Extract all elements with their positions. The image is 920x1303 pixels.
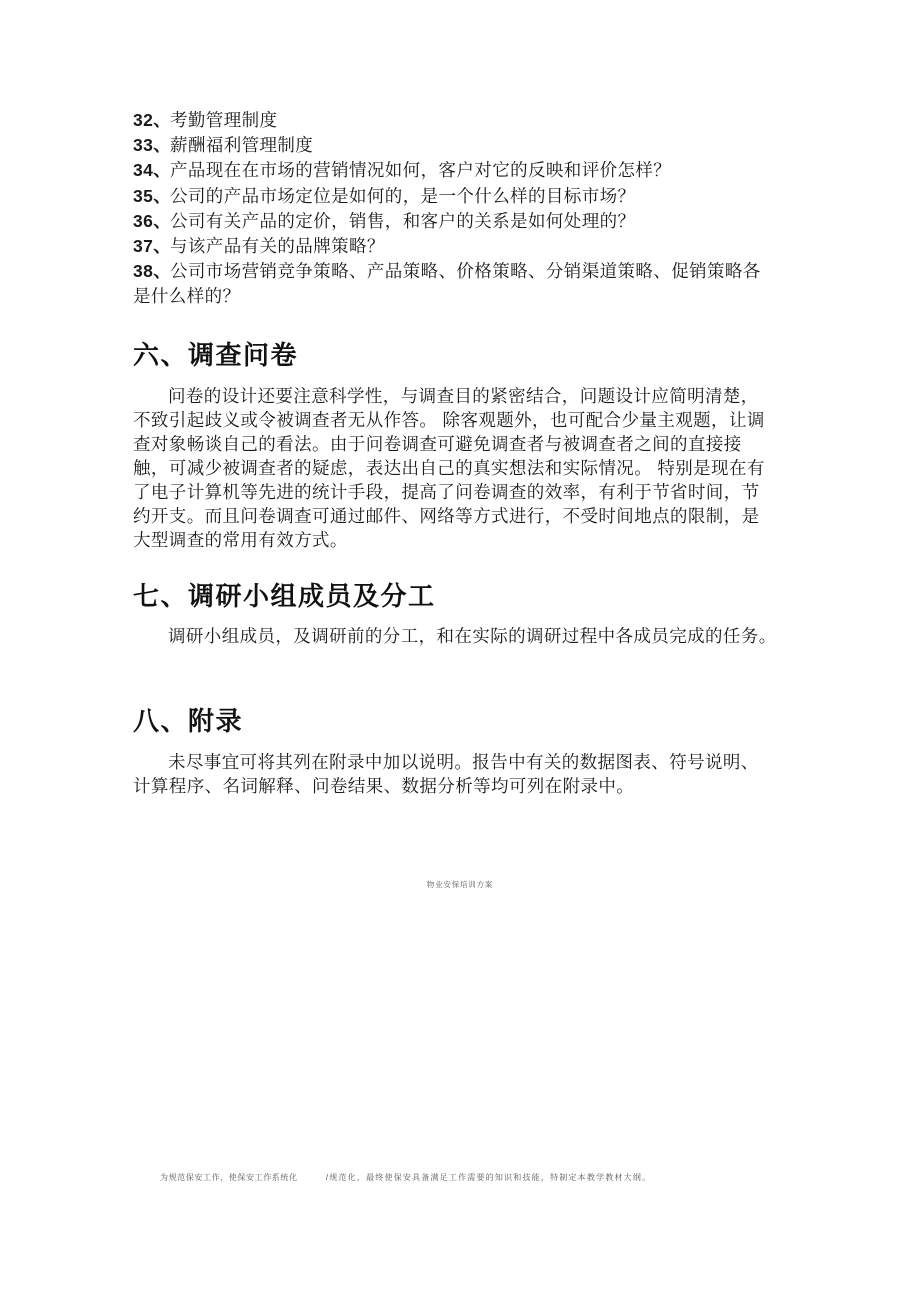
list-item-number: 35、 [133,184,170,209]
list-item-number: 32、 [133,108,170,133]
section-heading-appendix: 八、附录 [133,705,243,737]
paragraph-line: 查对象畅谈自己的看法。由于问卷调查可避免调查者与被调查者之间的直接接 [133,432,793,456]
paragraph-line: 调研小组成员，及调研前的分工，和在实际的调研过程中各成员完成的任务。 [133,624,793,648]
list-item-text: 产品现在在市场的营销情况如何，客户对它的反映和评价怎样？ [170,158,671,183]
paragraph-line: 未尽事宜可将其列在附录中加以说明。报告中有关的数据图表、符号说明、 [133,750,793,774]
watermark-text: 物业安保培训方案 [0,880,920,889]
document-page: 32、 考勤管理制度 33、 薪酬福利管理制度 34、 产品现在在市场的营销情况… [0,0,920,1303]
list-item-continuation: 是什么样的？ [133,284,793,309]
list-item-number: 37、 [133,234,170,259]
list-item: 33、 薪酬福利管理制度 [133,133,793,158]
paragraph-line: 约开支。而且问卷调查可通过邮件、网络等方式进行，不受时间地点的限制，是 [133,504,793,528]
section-heading-survey-questionnaire: 六、调查问卷 [133,339,298,371]
section-paragraph-appendix: 未尽事宜可将其列在附录中加以说明。报告中有关的数据图表、符号说明、 计算程序、名… [133,750,793,798]
list-item-number: 33、 [133,133,170,158]
footer-text-left: 为规范保安工作，使保安工作系统化 [160,1173,298,1182]
list-item-number: 38、 [133,259,170,284]
list-item: 32、 考勤管理制度 [133,108,793,133]
paragraph-line: 计算程序、名词解释、问卷结果、数据分析等均可列在附录中。 [133,774,793,798]
paragraph-line: 了电子计算机等先进的统计手段，提高了问卷调查的效率，有利于节省时间，节 [133,480,793,504]
list-item: 34、 产品现在在市场的营销情况如何，客户对它的反映和评价怎样？ [133,158,793,183]
list-item-text: 考勤管理制度 [170,108,277,133]
list-item: 38、 公司市场营销竞争策略、产品策略、价格策略、分销渠道策略、促销策略各 [133,259,793,284]
question-list: 32、 考勤管理制度 33、 薪酬福利管理制度 34、 产品现在在市场的营销情况… [133,108,793,310]
section-heading-research-team: 七、调研小组成员及分工 [133,580,436,612]
list-item: 37、 与该产品有关的品牌策略？ [133,234,793,259]
list-item-text: 公司的产品市场定位是如何的，是一个什么样的目标市场？ [170,184,635,209]
footer-text-right: /规范化，最终使保安具备满足工作需要的知识和技能，特制定本教学教材大纲。 [326,1173,651,1182]
paragraph-line: 问卷的设计还要注意科学性，与调查目的紧密结合，问题设计应简明清楚， [133,384,793,408]
paragraph-line: 触，可减少被调查者的疑虑，表达出自己的真实想法和实际情况。 特别是现在有 [133,456,793,480]
section-paragraph-research-team: 调研小组成员，及调研前的分工，和在实际的调研过程中各成员完成的任务。 [133,624,793,648]
list-item: 35、 公司的产品市场定位是如何的，是一个什么样的目标市场？ [133,184,793,209]
list-item-text: 是什么样的？ [133,284,240,309]
list-item-number: 36、 [133,209,170,234]
list-item-text: 公司有关产品的定价，销售，和客户的关系是如何处理的？ [170,209,635,234]
paragraph-line: 大型调查的常用有效方式。 [133,528,793,552]
section-paragraph-survey-questionnaire: 问卷的设计还要注意科学性，与调查目的紧密结合，问题设计应简明清楚， 不致引起歧义… [133,384,793,552]
list-item-number: 34、 [133,158,170,183]
list-item-text: 公司市场营销竞争策略、产品策略、价格策略、分销渠道策略、促销策略各 [170,259,761,284]
list-item: 36、 公司有关产品的定价，销售，和客户的关系是如何处理的？ [133,209,793,234]
list-item-text: 薪酬福利管理制度 [170,133,313,158]
paragraph-line: 不致引起歧义或令被调查者无从作答。 除客观题外，也可配合少量主观题，让调 [133,408,793,432]
page-footer: 为规范保安工作，使保安工作系统化 /规范化，最终使保安具备满足工作需要的知识和技… [160,1173,651,1183]
list-item-text: 与该产品有关的品牌策略？ [170,234,385,259]
